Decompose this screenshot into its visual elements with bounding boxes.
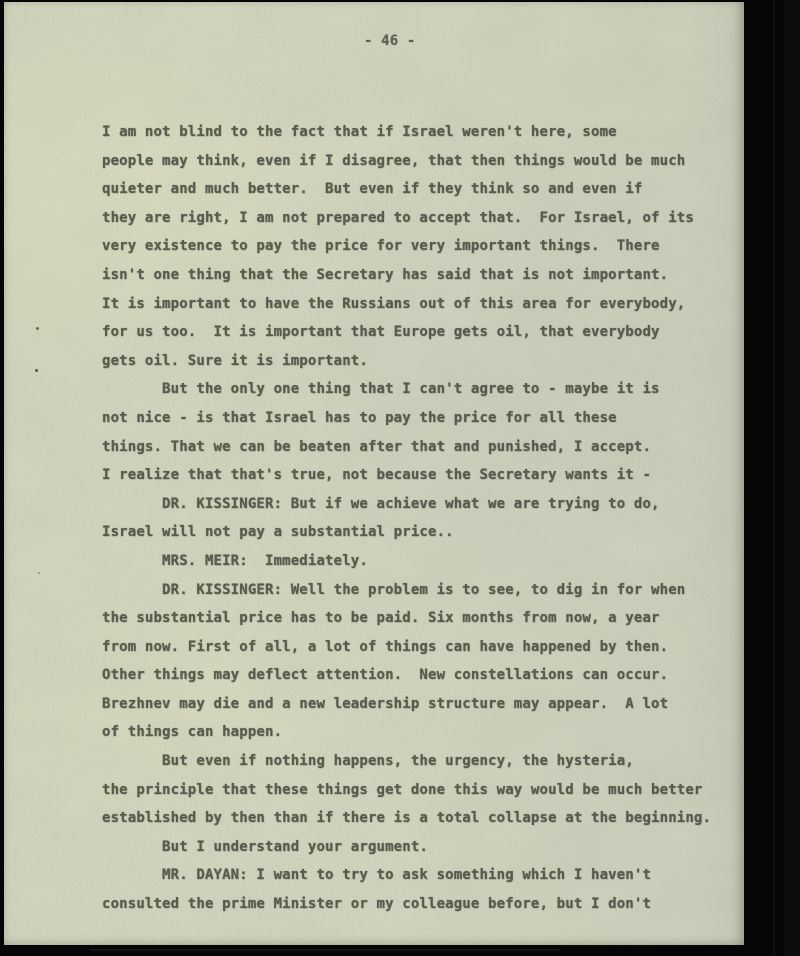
text-line: of things can happen.: [102, 718, 742, 747]
dust-speck: [35, 369, 38, 372]
text-line: DR. KISSINGER: Well the problem is to se…: [102, 576, 742, 605]
page-number: - 46 -: [364, 33, 415, 49]
scanner-edge-artifact: [773, 0, 775, 956]
text-line: isn't one thing that the Secretary has s…: [102, 261, 742, 290]
text-line: people may think, even if I disagree, th…: [102, 147, 742, 176]
text-line: Other things may deflect attention. New …: [102, 661, 742, 690]
text-line: not nice - is that Israel has to pay the…: [102, 404, 742, 433]
text-line: they are right, I am not prepared to acc…: [102, 204, 742, 233]
text-line: gets oil. Sure it is important.: [102, 347, 742, 376]
text-line: established by then than if there is a t…: [102, 804, 742, 833]
scanner-black-band: [784, 0, 800, 956]
text-line: I realize that that's true, not because …: [102, 461, 742, 490]
text-line: from now. First of all, a lot of things …: [102, 633, 742, 662]
text-line: MR. DAYAN: I want to try to ask somethin…: [102, 861, 742, 890]
text-line: the substantial price has to be paid. Si…: [102, 604, 742, 633]
text-line: DR. KISSINGER: But if we achieve what we…: [102, 490, 742, 519]
text-line: Brezhnev may die and a new leadership st…: [102, 690, 742, 719]
text-line: I am not blind to the fact that if Israe…: [102, 118, 742, 147]
text-line: MRS. MEIR: Immediately.: [102, 547, 742, 576]
text-line: Israel will not pay a substantial price.…: [102, 518, 742, 547]
dust-speck: [38, 572, 40, 574]
text-line: consulted the prime Minister or my colle…: [102, 890, 742, 919]
text-line: But the only one thing that I can't agre…: [102, 375, 742, 404]
dust-speck: [36, 327, 39, 330]
scanned-document-page: - 46 - I am not blind to the fact that i…: [0, 0, 800, 956]
text-line: the principle that these things get done…: [102, 776, 742, 805]
text-line: very existence to pay the price for very…: [102, 232, 742, 261]
transcript-text: I am not blind to the fact that if Israe…: [102, 118, 742, 919]
text-line: quieter and much better. But even if the…: [102, 175, 742, 204]
paper-sheet: - 46 - I am not blind to the fact that i…: [4, 2, 744, 945]
text-line: But I understand your argument.: [102, 833, 742, 862]
text-line: for us too. It is important that Europe …: [102, 318, 742, 347]
text-line: It is important to have the Russians out…: [102, 290, 742, 319]
text-line: But even if nothing happens, the urgency…: [102, 747, 742, 776]
text-line: things. That we can be beaten after that…: [102, 433, 742, 462]
scanner-bottom-artifact: [90, 949, 560, 951]
